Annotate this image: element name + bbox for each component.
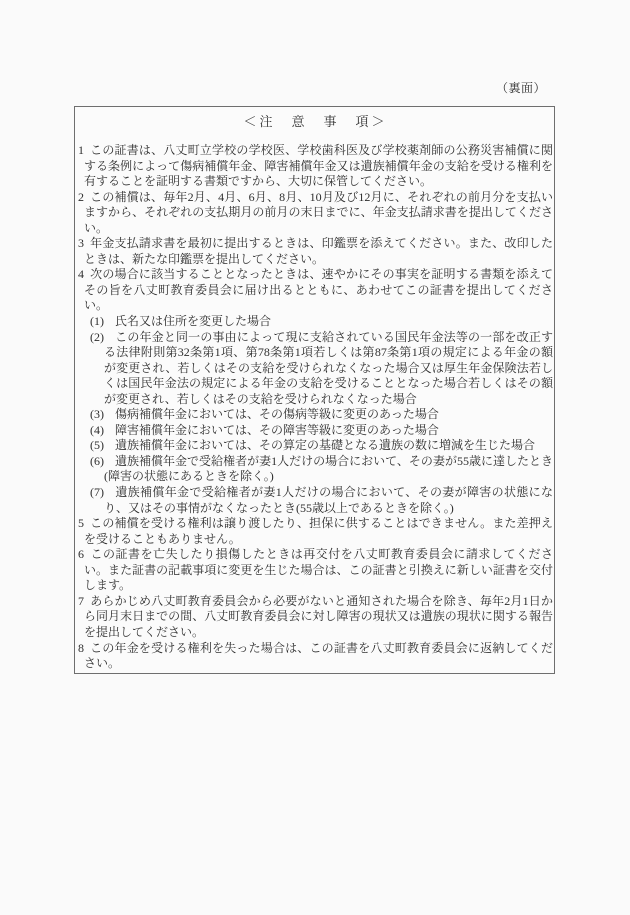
back-side-label: （裏面）	[496, 80, 546, 96]
item-number: 6	[78, 547, 84, 561]
note-subitem-1: (1)氏名又は住所を変更した場合	[104, 314, 553, 330]
item-number: (5)	[90, 438, 104, 452]
note-item-6: 6この証書を亡失したり損傷したときは再交付を八丈町教育委員会に請求してください。…	[84, 547, 553, 594]
item-number: (3)	[90, 407, 104, 421]
item-text: 次の場合に該当することとなったときは、速やかにその事実を証明する書類を添えてその…	[84, 267, 553, 312]
note-item-2: 2この補償は、毎年2月、4月、6月、8月、10月及び12月に、それぞれの前月分を…	[84, 190, 553, 237]
note-subitem-2: (2)この年金と同一の事由によって現に支給されている国民年金法等の一部を改正する…	[104, 330, 553, 408]
item-text: この証書は、八丈町立学校の学校医、学校歯科医及び学校薬剤師の公務災害補償に関する…	[84, 143, 553, 188]
item-text: 年金支払請求書を最初に提出するときは、印鑑票を添えてください。また、改印したとき…	[84, 236, 553, 266]
note-subitem-7: (7)遺族補償年金で受給権者が妻1人だけの場合において、その妻が障害の状態になり…	[104, 485, 553, 516]
note-subitem-5: (5)遺族補償年金においては、その算定の基礎となる遺族の数に増減を生じた場合	[104, 438, 553, 454]
item-number: 8	[78, 641, 84, 655]
item-number: (4)	[90, 423, 104, 437]
item-number: 2	[78, 190, 84, 204]
item-number: (1)	[90, 314, 104, 328]
item-number: 7	[78, 594, 84, 608]
note-item-1: 1この証書は、八丈町立学校の学校医、学校歯科医及び学校薬剤師の公務災害補償に関す…	[84, 143, 553, 190]
item-text: 遺族補償年金で受給権者が妻1人だけの場合において、その妻が55歳に達したとき(障…	[104, 454, 553, 484]
item-number: 5	[78, 516, 84, 530]
item-text: 傷病補償年金においては、その傷病等級に変更のあった場合	[115, 407, 439, 421]
item-text: この補償は、毎年2月、4月、6月、8月、10月及び12月に、それぞれの前月分を支…	[84, 190, 553, 235]
item-number: 1	[78, 143, 84, 157]
note-item-4: 4次の場合に該当することとなったときは、速やかにその事実を証明する書類を添えてそ…	[84, 267, 553, 314]
item-text: この年金と同一の事由によって現に支給されている国民年金法等の一部を改正する法律附…	[104, 330, 553, 406]
note-subitem-6: (6)遺族補償年金で受給権者が妻1人だけの場合において、その妻が55歳に達したと…	[104, 454, 553, 485]
item-text: あらかじめ八丈町教育委員会から必要がないと通知された場合を除き、毎年2月1日から…	[84, 594, 553, 639]
notice-title: ＜注 意 事 項＞	[78, 114, 553, 130]
item-text: 遺族補償年金においては、その算定の基礎となる遺族の数に増減を生じた場合	[115, 438, 535, 452]
item-text: 障害補償年金においては、その障害等級に変更のあった場合	[115, 423, 439, 437]
note-item-3: 3年金支払請求書を最初に提出するときは、印鑑票を添えてください。また、改印したと…	[84, 236, 553, 267]
note-item-7: 7あらかじめ八丈町教育委員会から必要がないと通知された場合を除き、毎年2月1日か…	[84, 594, 553, 641]
item-number: (7)	[90, 485, 104, 499]
item-text: この証書を亡失したり損傷したときは再交付を八丈町教育委員会に請求してください。ま…	[84, 547, 553, 592]
note-subitem-4: (4)障害補償年金においては、その障害等級に変更のあった場合	[104, 423, 553, 439]
document-page: { "page": { "back_label": "（裏面）" }, "not…	[0, 0, 630, 915]
item-text: この補償を受ける権利は譲り渡したり、担保に供することはできません。また差押えを受…	[84, 516, 553, 546]
note-item-8: 8この年金を受ける権利を失った場合は、この証書を八丈町教育委員会に返納してくださ…	[84, 641, 553, 672]
item-number: 4	[78, 267, 84, 281]
item-text: 遺族補償年金で受給権者が妻1人だけの場合において、その妻が障害の状態になり、又は…	[104, 485, 553, 515]
note-item-5: 5この補償を受ける権利は譲り渡したり、担保に供することはできません。また差押えを…	[84, 516, 553, 547]
notice-box: ＜注 意 事 項＞ 1この証書は、八丈町立学校の学校医、学校歯科医及び学校薬剤師…	[74, 106, 555, 674]
item-number: (2)	[90, 330, 104, 344]
note-subitem-3: (3)傷病補償年金においては、その傷病等級に変更のあった場合	[104, 407, 553, 423]
item-text: この年金を受ける権利を失った場合は、この証書を八丈町教育委員会に返納してください…	[84, 641, 553, 671]
item-text: 氏名又は住所を変更した場合	[115, 314, 271, 328]
item-number: 3	[78, 236, 84, 250]
item-number: (6)	[90, 454, 104, 468]
